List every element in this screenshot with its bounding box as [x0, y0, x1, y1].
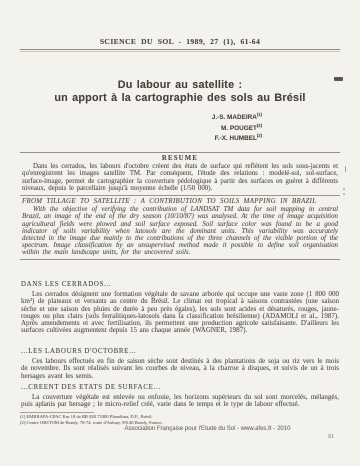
scanned-paper-page: SCIENCE DU SOL - 1989, 27 (1), 61-64 Du … — [0, 0, 360, 466]
author: J.-S. MADEIRA(1) — [212, 111, 262, 122]
scan-artifact — [334, 77, 343, 81]
resume-text: Dans les cerrados, les labours d'octobre… — [22, 163, 338, 192]
footnote: (2) Centre ORSTOM de Bondy, 70-74, route… — [20, 420, 330, 425]
author: M. POUGET(2) — [212, 122, 262, 133]
article-title-line2: un apport à la cartographie des sols au … — [0, 92, 360, 105]
section-etats-de-surface: ...CREENT DES ETATS DE SURFACE... La cou… — [21, 384, 339, 409]
author-footnote-mark: (2) — [257, 123, 262, 128]
english-abstract-text: With the objective of verifying the cont… — [22, 206, 338, 256]
author-footnote-mark: (1) — [257, 112, 262, 117]
scan-artifact — [343, 188, 345, 190]
english-abstract-heading: FROM TILLAGE TO SATELLITE : A CONTRIBUTI… — [22, 198, 338, 206]
article-title: Du labour au satellite : un apport à la … — [0, 79, 360, 104]
page-number: 61 — [328, 434, 334, 440]
footer-association-line: Association Française pour l'Etude du So… — [55, 426, 360, 432]
resume-heading: RESUME — [22, 155, 338, 163]
scan-artifact — [343, 193, 345, 195]
footnotes: (1) EMBRAPA-CPAC Km 18 da BR 020 73300 P… — [20, 414, 330, 425]
article-title-line1: Du labour au satellite : — [0, 79, 360, 92]
author-footnote-mark: (2) — [257, 133, 262, 138]
author-list: J.-S. MADEIRA(1) M. POUGET(2) F.-X. HUMB… — [212, 111, 262, 143]
abstract-divider — [20, 195, 340, 196]
journal-header: SCIENCE DU SOL - 1989, 27 (1), 61-64 — [0, 37, 360, 46]
section-labours-octobre: ...LES LABOURS D'OCTOBRE... Ces labours … — [21, 348, 339, 380]
author: F.-X. HUMBEL(2) — [212, 132, 262, 143]
section-cerrados: DANS LES CERRADOS... Les cerrados désign… — [21, 281, 339, 335]
header-rule — [20, 49, 340, 52]
section-text: Les cerrados désignent une formation vég… — [21, 291, 339, 335]
abstract-box: RESUME Dans les cerrados, les labours d'… — [20, 152, 340, 260]
scan-artifact — [345, 166, 347, 172]
section-text: La couverture végétale est enlevée ou en… — [21, 394, 339, 409]
footnote-rule — [20, 412, 94, 413]
section-text: Ces labours effectués en fin de saison s… — [21, 358, 339, 380]
